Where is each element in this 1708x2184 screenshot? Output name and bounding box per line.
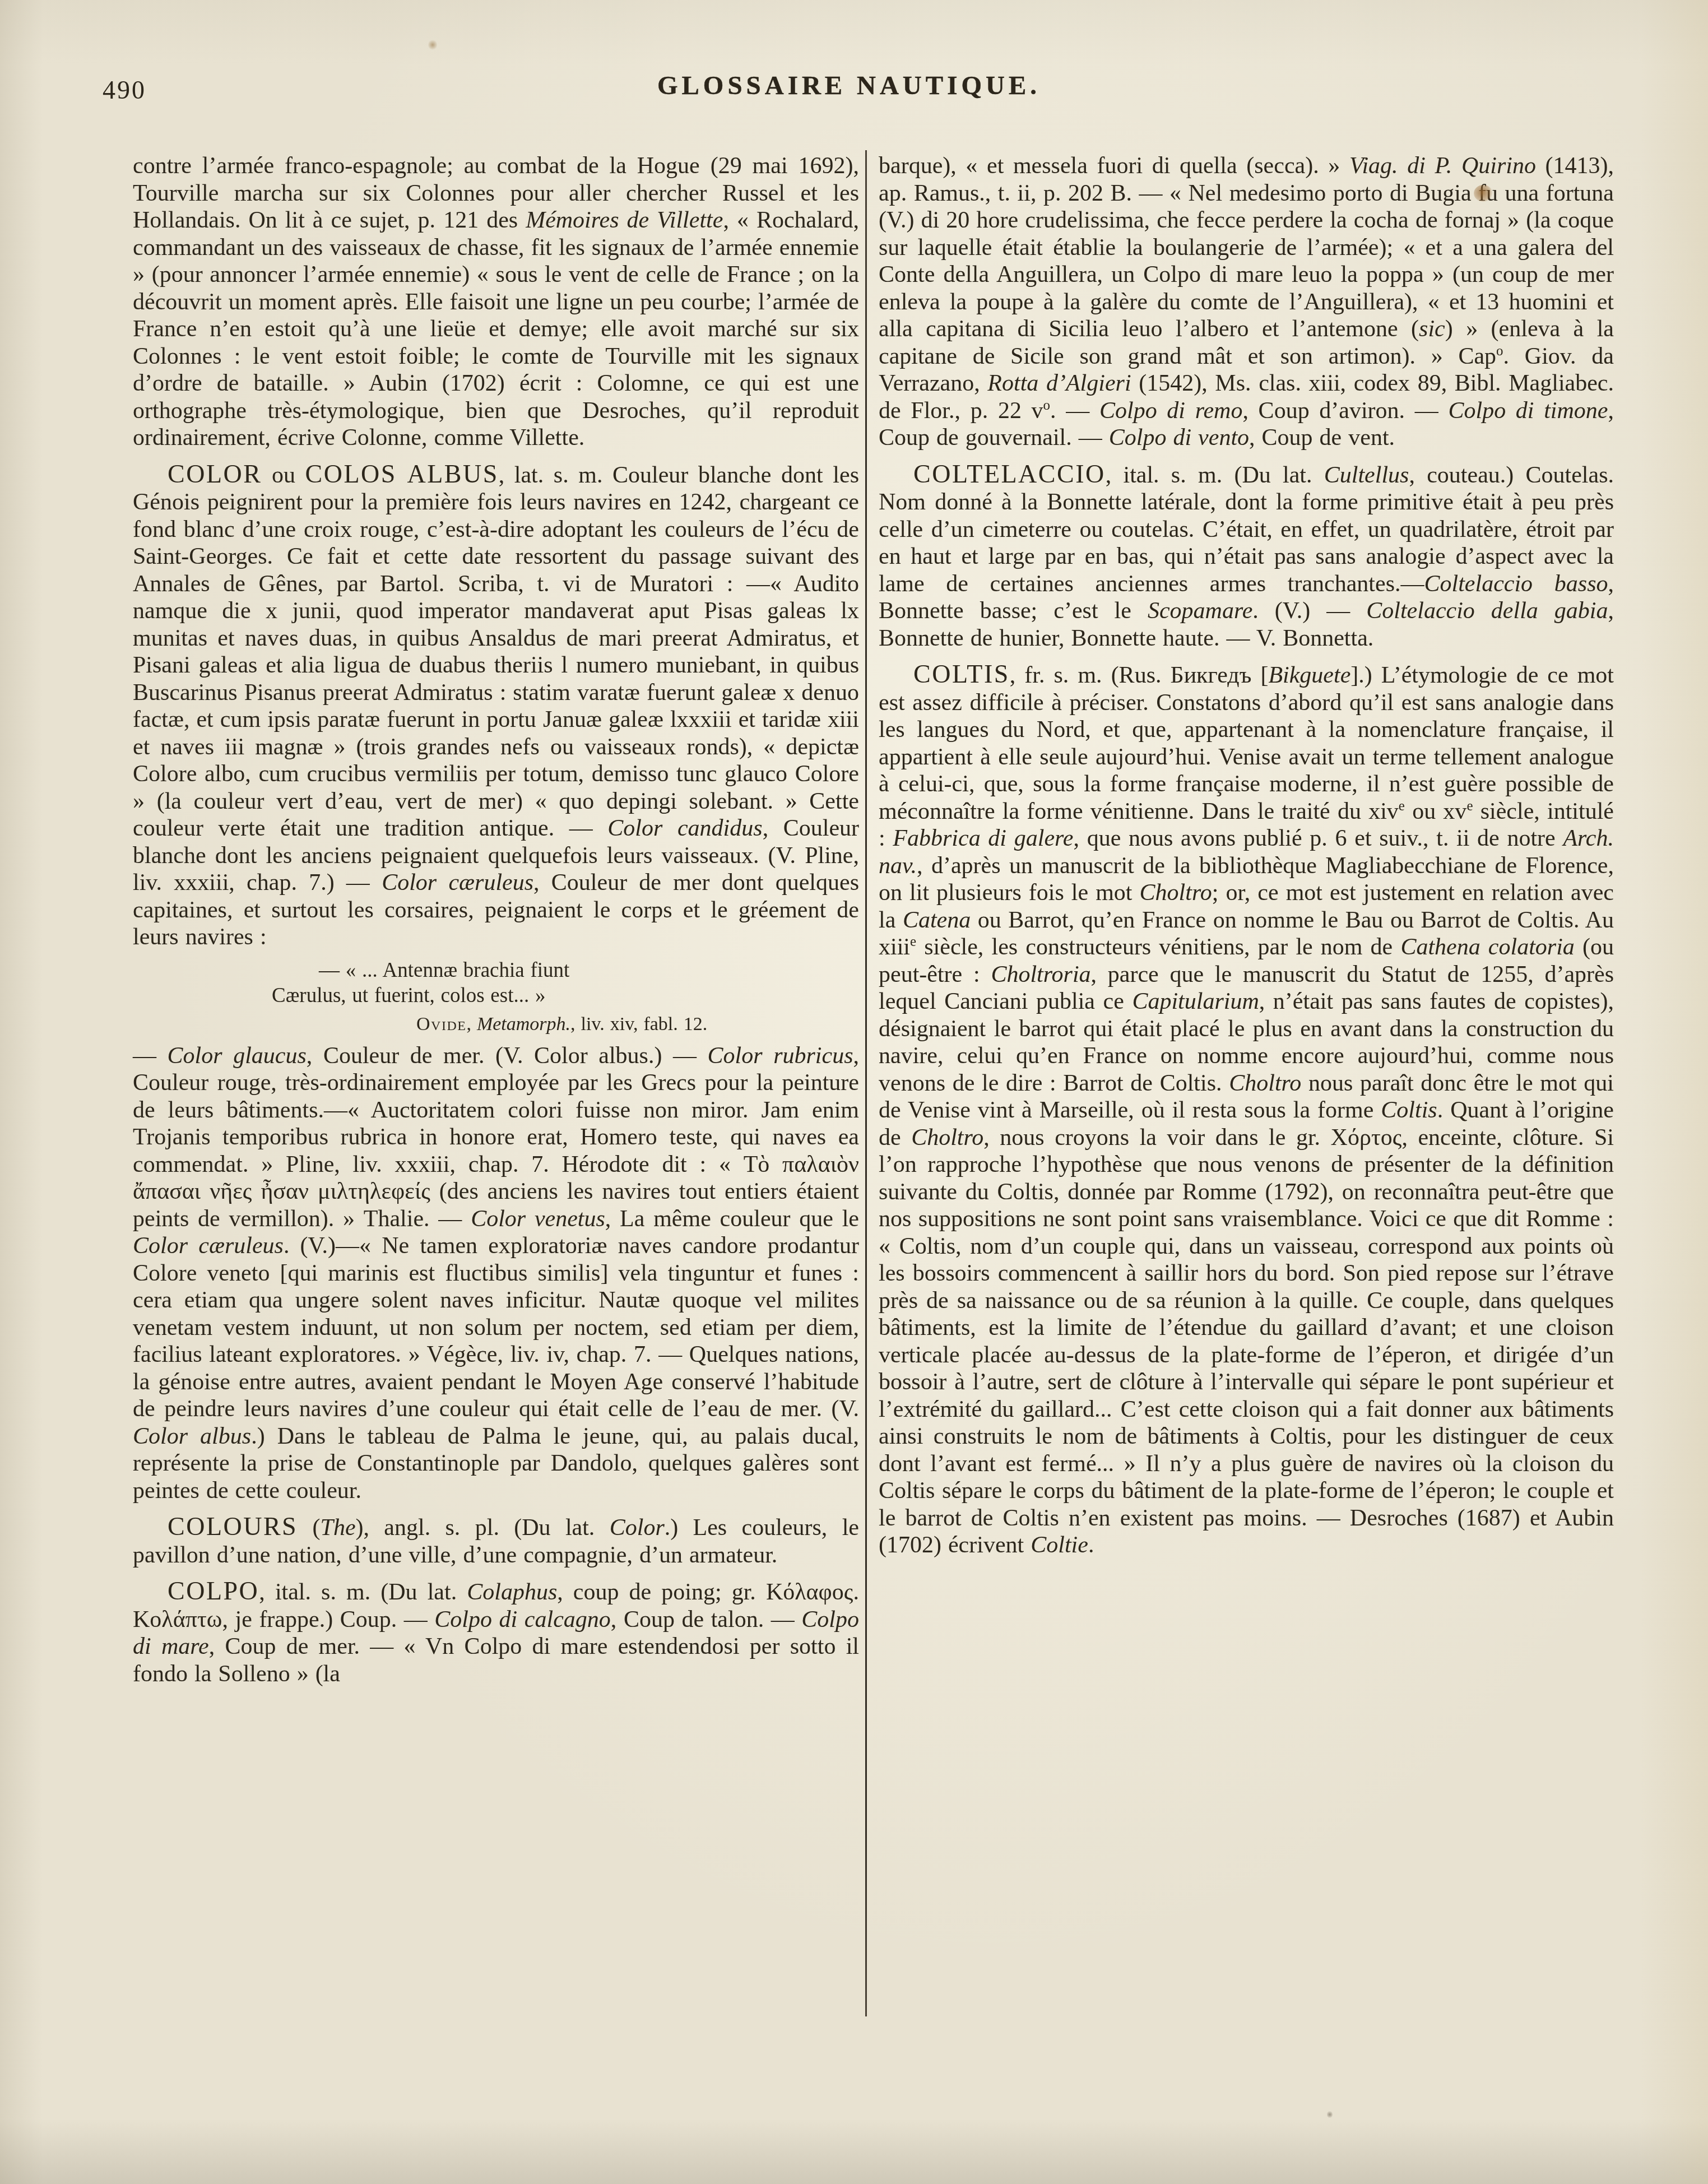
italic-text-run: Colpo di timone [1448, 398, 1608, 424]
sup-text-run: o [1496, 344, 1503, 359]
italic-text-run: Color cæruleus [133, 1233, 284, 1259]
italic-text-run: Cultellus [1324, 462, 1409, 488]
hw-text-run: COLTELACCIO [913, 460, 1106, 488]
italic-text-run: Catena [903, 907, 971, 933]
italic-text-run: Coltie [1031, 1532, 1088, 1558]
italic-text-run: sic [1419, 316, 1445, 342]
right-text-column: barque), « et messela fuori di quella (s… [879, 152, 1614, 1559]
text-run: , que nous avons publié p. 6 et suiv., t… [1073, 826, 1563, 851]
entry-coltelaccio: COLTELACCIO, ital. s. m. (Du lat. Cultel… [879, 461, 1614, 652]
italic-text-run: Color glaucus [168, 1043, 307, 1069]
italic-text-run: Coltelaccio basso [1424, 571, 1608, 597]
italic-text-run: Choltro [1140, 880, 1212, 906]
text-run: . (V.) — [1252, 598, 1366, 624]
left-text-column: contre l’armée franco-espagnole; au comb… [133, 152, 859, 1687]
italic-text-run: Colaphus [467, 1579, 557, 1605]
hw-text-run: COLOURS [168, 1512, 298, 1541]
text-run: , Coup de vent. [1249, 425, 1395, 451]
paragraph-color-glaucus: — Color glaucus, Couleur de mer. (V. Col… [133, 1042, 859, 1505]
hw-text-run: COLPO [168, 1576, 259, 1605]
verse-ovide: — « ... Antennæ brachia fiuntCærulus, ut… [133, 958, 859, 1037]
entry-color: COLOR ou COLOS ALBUS, lat. s. m. Couleur… [133, 461, 859, 951]
italic-text-run: Mémoires de Villette [526, 207, 723, 233]
column-divider-rule [865, 150, 867, 2016]
running-title: GLOSSAIRE NAUTIQUE. [0, 71, 1698, 101]
text-run: , La même couleur que le [605, 1206, 859, 1232]
text-run: Cærulus, ut fuerint, colos est... » [272, 984, 545, 1007]
sup-text-run: e [1466, 799, 1473, 814]
italic-text-run: Color cæruleus [382, 870, 533, 896]
sc-text-run: Ovide [416, 1014, 466, 1035]
italic-text-run: Colpo di remo [1099, 398, 1242, 424]
text-run: , « Rochalard, commandant un des vaissea… [133, 207, 859, 451]
continuation-colpo: barque), « et messela fuori di quella (s… [879, 152, 1614, 452]
verse-line: — « ... Antennæ brachia fiunt [133, 958, 859, 983]
italic-text-run: Choltroria [991, 962, 1090, 987]
italic-text-run: Choltro [911, 1125, 983, 1151]
verse-attribution: Ovide, Metamorph., liv. xiv, fabl. 12. [133, 1012, 859, 1037]
italic-text-run: Color rubricus [708, 1043, 853, 1069]
hw-text-run: COLOR [168, 460, 262, 488]
italic-text-run: Color venetus [471, 1206, 605, 1232]
text-run: , [466, 1014, 477, 1035]
text-run: , Coup de mer. — « Vn Colpo di mare este… [133, 1634, 859, 1687]
text-run: siècle, les constructeurs vénitiens, par… [916, 934, 1400, 960]
entry-coltis: COLTIS, fr. s. m. (Rus. Бикгедъ [Bikguet… [879, 661, 1614, 1559]
italic-text-run: Rotta d’Algieri [987, 370, 1131, 396]
entry-colours: COLOURS (The), angl. s. pl. (Du lat. Col… [133, 1513, 859, 1569]
paper-speck [1327, 2111, 1333, 2118]
italic-text-run: Coltelaccio della gabia [1366, 598, 1608, 624]
italic-text-run: Metamorph. [477, 1014, 570, 1035]
text-run: , Coup d’aviron. — [1242, 398, 1448, 424]
continuation-colonne: contre l’armée franco-espagnole; au comb… [133, 152, 859, 452]
italic-text-run: Viag. di P. Quirino [1349, 153, 1536, 179]
text-run: . [1088, 1532, 1094, 1558]
scanned-book-page: 490 GLOSSAIRE NAUTIQUE. contre l’armée f… [0, 0, 1708, 2184]
italic-text-run: Scopamare [1148, 598, 1252, 624]
sup-text-run: e [1399, 799, 1405, 814]
text-run: ou xv [1405, 799, 1466, 824]
text-run: . — [1050, 398, 1099, 424]
italic-text-run: Cathena colatoria [1400, 934, 1574, 960]
text-run: , Couleur de mer. (V. Color albus.) — [307, 1043, 708, 1069]
hw-text-run: COLOS ALBUS [305, 460, 499, 488]
italic-text-run: Bikguete [1268, 662, 1350, 688]
text-run: , liv. xiv, fabl. 12. [570, 1014, 707, 1035]
italic-text-run: Colpo di calcagno [434, 1607, 610, 1633]
sup-text-run: e [910, 934, 916, 949]
verse-line: Cærulus, ut fuerint, colos est... » [133, 983, 859, 1008]
paper-speck [428, 39, 437, 50]
italic-text-run: Color candidus [607, 815, 762, 841]
text-run: , fr. s. m. (Rus. Бикгедъ [ [1010, 662, 1269, 688]
italic-text-run: Coltis [1381, 1097, 1437, 1123]
italic-text-run: Capitularium [1132, 989, 1259, 1014]
text-run: , lat. s. m. Couleur blanche dont les Gé… [133, 462, 859, 842]
italic-text-run: Colpo di vento [1109, 425, 1249, 451]
text-run: ), angl. s. pl. (Du lat. [356, 1515, 610, 1541]
text-run: , nous croyons la voir dans le gr. Χόρτο… [879, 1125, 1614, 1559]
text-run: , ital. s. m. (Du lat. [259, 1579, 467, 1605]
text-run: — « ... Antennæ brachia fiunt [319, 959, 569, 982]
text-run: barque), « et messela fuori di quella (s… [879, 153, 1349, 179]
sup-text-run: o [1043, 398, 1051, 413]
entry-colpo: COLPO, ital. s. m. (Du lat. Colaphus, co… [133, 1578, 859, 1687]
italic-text-run: Color albus [133, 1423, 251, 1449]
text-run: — [133, 1043, 168, 1069]
text-run: (1413), ap. Ramus., t. ii, p. 202 B. — «… [879, 153, 1614, 342]
italic-text-run: The [321, 1515, 356, 1541]
italic-text-run: Color [610, 1515, 665, 1541]
text-run: , Coup de talon. — [611, 1607, 802, 1633]
text-run: ou [262, 462, 305, 488]
text-run: , Couleur rouge, très-ordinairement empl… [133, 1043, 859, 1232]
text-run: ( [298, 1515, 320, 1541]
hw-text-run: COLTIS [913, 660, 1010, 688]
italic-text-run: Choltro [1229, 1070, 1301, 1096]
text-run: . (V.)—« Ne tamen exploratoriæ naves can… [133, 1233, 859, 1422]
italic-text-run: Fabbrica di galere [893, 826, 1073, 851]
text-run: , ital. s. m. (Du lat. [1106, 462, 1324, 488]
